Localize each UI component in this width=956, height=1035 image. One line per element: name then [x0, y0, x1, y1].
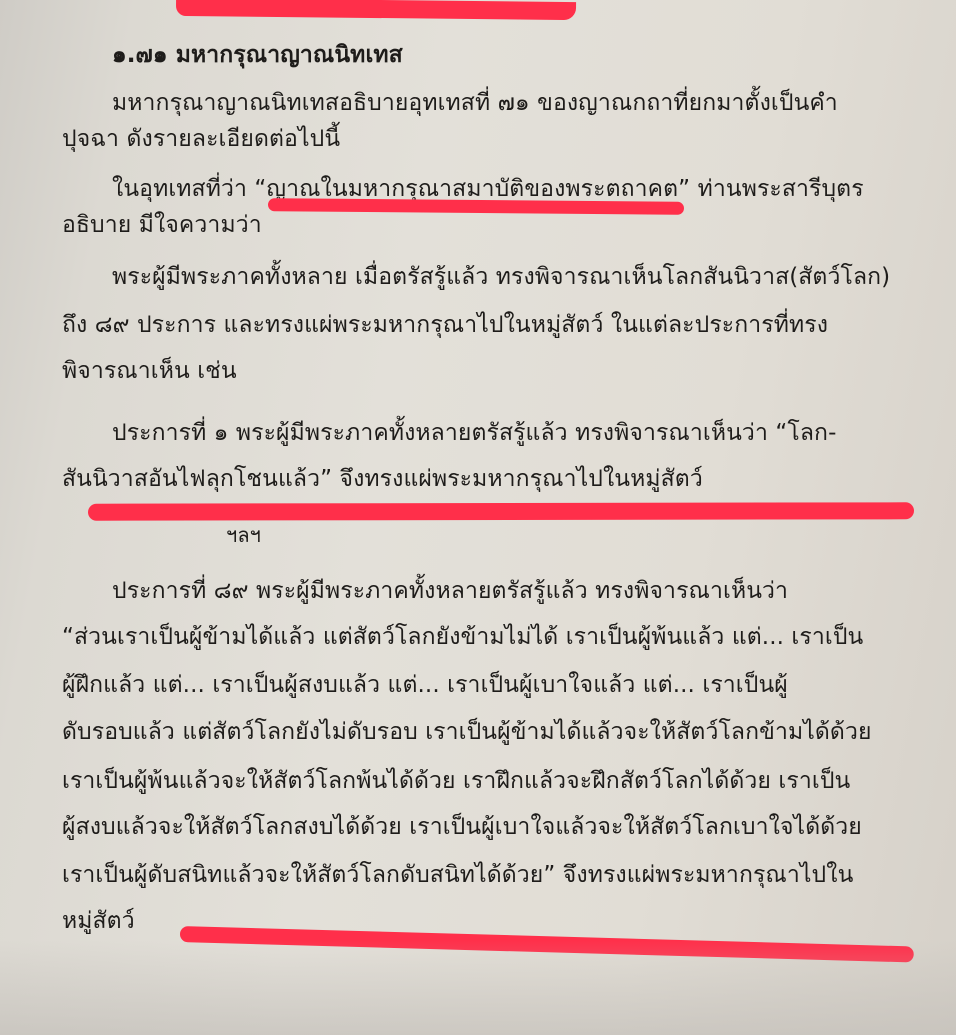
paragraph-6-line-7: เราเป็นผู้ดับสนิทแล้วจะให้สัตว์โลกดับสนิ… [62, 860, 853, 890]
paragraph-6-line-1: ประการที่ ๘๙ พระผู้มีพระภาคทั้งหลายตรัสร… [112, 576, 788, 606]
book-page: ๑.๗๑ มหากรุณาญาณนิทเทส มหากรุณาญาณนิทเทส… [0, 0, 956, 1035]
paragraph-6-line-6: ผู้สงบแล้วจะให้สัตว์โลกสงบได้ด้วย เราเป็… [62, 812, 862, 842]
red-underline-top [176, 0, 576, 20]
section-heading: ๑.๗๑ มหากรุณาญาณนิทเทส [112, 40, 403, 70]
paragraph-4-line-2: สันนิวาสอันไฟลุกโชนแล้ว” จึงทรงแผ่พระมหา… [62, 464, 703, 494]
paragraph-6-line-3: ผู้ฝึกแล้ว แต่... เราเป็นผู้สงบแล้ว แต่.… [62, 670, 788, 700]
paragraph-1-line-1: มหากรุณาญาณนิทเทสอธิบายอุทเทสที่ ๗๑ ของญ… [112, 88, 902, 118]
paragraph-6-line-8: หมู่สัตว์ [62, 906, 135, 936]
paragraph-6-line-5: เราเป็นผู้พ้นแล้วจะให้สัตว์โลกพ้นได้ด้วย… [62, 766, 850, 796]
paragraph-3-line-3: พิจารณาเห็น เช่น [62, 356, 237, 386]
page-shadow [0, 940, 956, 1035]
paragraph-1-line-2: ปุจฉา ดังรายละเอียดต่อไปนี้ [62, 124, 340, 154]
paragraph-4-line-1: ประการที่ ๑ พระผู้มีพระภาคทั้งหลายตรัสรู… [112, 418, 836, 448]
text-line: มหากรุณาญาณนิทเทสอธิบายอุทเทสที่ ๗๑ ของญ… [112, 88, 838, 118]
ellipsis-marker: ฯลฯ [226, 520, 261, 550]
paragraph-3-line-1: พระผู้มีพระภาคทั้งหลาย เมื่อตรัสรู้แล้ว … [112, 262, 890, 292]
paragraph-3-line-2: ถึง ๘๙ ประการ และทรงแผ่พระมหากรุณาไปในหม… [62, 310, 828, 340]
red-underline-first-item [88, 502, 914, 520]
paragraph-6-line-4: ดับรอบแล้ว แต่สัตว์โลกยังไม่ดับรอบ เราเป… [62, 717, 872, 747]
paragraph-2-line-2: อธิบาย มีใจความว่า [62, 210, 262, 240]
paragraph-6-line-2: “ส่วนเราเป็นผู้ข้ามได้แล้ว แต่สัตว์โลกยั… [62, 622, 863, 652]
red-underline-quote [268, 198, 684, 215]
